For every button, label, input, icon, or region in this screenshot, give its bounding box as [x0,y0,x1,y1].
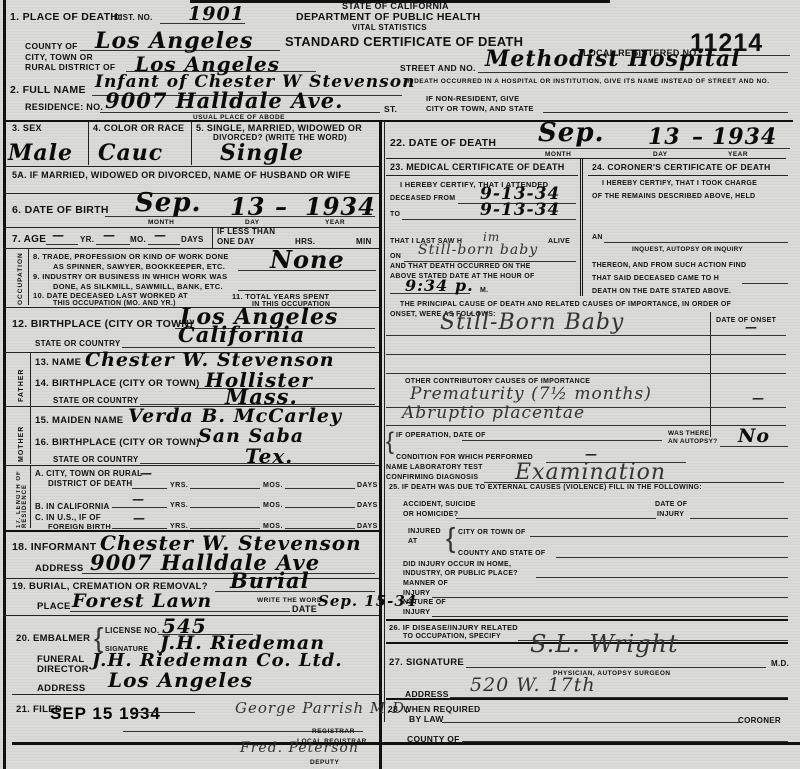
left-border [3,0,6,769]
filed-date-stamp: SEP 15 1934 [50,704,161,724]
residence-a-mos-label: MOS. [263,482,283,489]
death-date-divider [386,158,786,159]
coroner-required-label-1: 28. WHEN REQUIRED [388,704,480,714]
injury-city-line [530,536,788,537]
death-date-year: 1934 [712,124,777,150]
lab-test-label-1: NAME LABORATORY TEST [386,464,483,471]
age-days-label: DAYS [181,235,204,244]
marital-value: Single [220,140,304,166]
city-label-2: RURAL DISTRICT OF [25,62,115,72]
father-side-label: FATHER [18,356,25,402]
hour-m-label: M. [480,287,488,294]
residence-b-yrs-label: YRS. [170,502,188,509]
funeral-director-label-2: DIRECTOR [37,664,89,675]
manner-label-2: INJURY [403,590,430,597]
dist-no-label: DIST. NO. [114,13,153,22]
residence-a-value: — [140,466,153,480]
dob-label: 6. DATE OF BIRTH [12,204,109,216]
trade-value: None [270,245,345,274]
residence-a-label-2: DISTRICT OF DEATH [48,479,133,488]
deputy-signature: Fred. Peterson [240,740,359,756]
coroner-county-line [462,741,788,742]
coroner-certify-2: OF THE REMAINS DESCRIBED ABOVE, HELD [592,193,755,200]
to-label: TO [390,211,400,218]
inquest-caption: INQUEST, AUTOPSY OR INQUIRY [632,246,743,253]
race-divider [191,122,192,165]
row-divider-5a [3,166,379,167]
lab-test-value: Examination [515,460,666,485]
external-causes-label: 25. IF DEATH WAS DUE TO EXTERNAL CAUSES … [389,484,702,491]
onset-value: — [745,320,758,334]
lab-test-label-2: CONFIRMING DIAGNOSIS [386,474,478,481]
injury-where-label-1: DID INJURY OCCUR IN HOME, [403,561,511,568]
age-yr-line [46,244,78,245]
state-heading: STATE OF CALIFORNIA [342,1,449,11]
trade-label-1: 8. TRADE, PROFESSION OR KIND OF WORK DON… [33,252,229,261]
sex-divider [88,122,89,165]
injury-where-line [536,577,788,578]
street-line [478,72,788,73]
medical-title-underline [386,175,578,176]
operation-label: IF OPERATION, DATE OF [396,432,486,439]
county-value: Los Angeles [95,28,253,54]
spouse-label: 5A. IF MARRIED, WIDOWED OR DIVORCED, NAM… [12,170,351,180]
coroner-an-label: AN [592,234,603,241]
industry-label-1: 9. INDUSTRY OR BUSINESS IN WHICH WORK WA… [33,272,227,281]
residence-c-yrs-label: YRS. [170,523,188,530]
death-month-caption: MONTH [545,151,571,158]
row-divider-residence-length [3,465,379,466]
accident-label-1: ACCIDENT, SUICIDE [403,501,476,508]
residence-length-side-divider [30,465,31,528]
contributory-cause-1: Prematurity (7½ months) [410,384,652,404]
injured-brace-icon: { [446,522,455,554]
coroner-county-label: COUNTY OF [407,734,460,744]
embalmer-address: Los Angeles [108,668,253,692]
nature-label-2: INJURY [403,609,430,616]
license-label: LICENSE NO. [105,626,159,635]
injury-city-label: CITY OR TOWN OF [458,529,526,536]
injured-label-2: AT [408,538,417,545]
nonresident-label-1: IF NON-RESIDENT, GIVE [426,94,519,103]
last-worked-label-2: THIS OCCUPATION (MO. AND YR.) [53,300,176,307]
age-yr-label: YR. [80,235,94,244]
industry-line [238,290,376,291]
header-divider [3,120,793,122]
marital-label-1: 5. SINGLE, MARRIED, WIDOWED OR [196,123,362,133]
father-birthplace-label: 14. BIRTHPLACE (CITY OR TOWN) [35,378,200,389]
residence-c-value: — [133,511,146,525]
occupation-side-label: OCCUPATION [17,252,24,306]
contributory-cause-2: Abruptio placentae [402,403,585,423]
less-than-label-1: IF LESS THAN [217,227,275,236]
less-than-label-2: ONE DAY [217,237,255,246]
condition-label: CONDITION FOR WHICH PERFORMED [396,454,533,461]
race-label: 4. COLOR OR RACE [93,123,184,133]
to-value: 9-13-34 [480,200,560,220]
dob-month-caption: MONTH [148,219,174,226]
mother-side-label: MOTHER [18,412,25,462]
injured-label-1: INJURED [408,528,441,535]
age-mo-value: — [103,228,116,242]
coroner-title-underline [588,175,788,176]
min-label: MIN [356,237,372,246]
residence-a-yrs-label: YRS. [170,482,188,489]
residence-b-days-line [285,507,355,508]
medical-coroner-divider [580,158,586,296]
coroner-required-label-2: BY LAW [409,714,444,724]
burial-place: Forest Lawn [72,590,212,612]
death-year-caption: YEAR [728,151,748,158]
residence-a-label-1: A. CITY, TOWN OR RURAL [35,469,142,478]
full-name-label: 2. FULL NAME [10,84,86,96]
autopsy-label-1: WAS THERE [668,430,709,437]
dob-day: 13 [230,192,265,221]
date-injury-label-2: INJURY [657,511,684,518]
filed-line [130,712,195,713]
residence-b-days-label: DAYS [357,502,378,509]
injury-county-line [556,557,788,558]
autopsy-label-2: AN AUTOPSY? [668,438,718,445]
injury-where-label-2: INDUSTRY, OR PUBLIC PLACE? [403,570,518,577]
dob-year-caption: YEAR [325,219,345,226]
coroner-an-line [604,242,788,243]
trade-label-2: AS SPINNER, SAWYER, BOOKKEEPER, ETC. [53,262,225,271]
residence-b-yrs-line [112,507,167,508]
mother-state-label: STATE OR COUNTRY [53,455,139,464]
death-date-separator: – [692,124,704,150]
mother-name-label: 15. MAIDEN NAME [35,415,123,426]
burial-value: Burial [230,568,310,593]
occurred-label-1: AND THAT DEATH OCCURRED ON THE [390,263,531,270]
death-date-month: Sep. [538,118,605,148]
on-label: ON [390,253,401,260]
birthplace-state-label: STATE OR COUNTRY [35,339,121,348]
coroner-pronoun-line [742,283,788,284]
coroner-thereon-2: THAT SAID DECEASED CAME TO H [592,275,719,282]
residence-length-side-label: 17. LENGTH OF RESIDENCE [16,468,28,528]
death-day-caption: DAY [653,151,668,158]
birthplace-label: 12. BIRTHPLACE (CITY OR TOWN) [12,318,193,330]
principal-cause-value: Still-Born Baby [440,310,624,335]
cause-line-1 [386,335,786,336]
nature-label-1: NATURE OF [403,599,446,606]
residence-a-mos-line [190,488,260,489]
registrar-label: REGISTRAR [312,728,355,735]
contributory-line-2 [386,425,786,426]
dob-day-caption: DAY [245,219,260,226]
sex-label: 3. SEX [12,123,42,133]
sex-value: Male [8,140,73,166]
residence-a-days-line [285,488,355,489]
on-line [404,261,576,262]
years-spent-label-1: 11. TOTAL YEARS SPENT [232,292,329,301]
autopsy-value: No [738,425,770,447]
mother-side-divider [30,406,31,464]
age-mo-line [96,244,130,245]
accident-line [456,518,656,519]
residence-a-yrs-line [132,488,167,489]
city-label-1: CITY, TOWN OR [25,52,93,62]
signature-line [466,667,766,668]
residence-st-label: ST. [384,104,397,114]
race-value: Cauc [98,140,163,166]
residence-b-mos-label: MOS. [263,502,283,509]
coroner-required-line [442,722,742,723]
accident-label-2: OR HOMICIDE? [403,511,458,518]
informant-label: 18. INFORMANT [12,541,96,553]
occupational-label-1: 26. IF DISEASE/INJURY RELATED [389,623,518,632]
center-divider [379,122,382,769]
informant-address-label: ADDRESS [35,563,84,574]
row-divider-occupational [386,619,788,621]
operation-brace-icon: { [386,428,394,456]
bottom-border [12,742,800,745]
md-label: M.D. [771,659,789,668]
dob-year: 1934 [305,192,376,221]
age-label: 7. AGE [12,234,46,245]
death-certificate: 1. PLACE OF DEATH: DIST. NO. 1901 STATE … [0,0,800,769]
row-divider-coroner-required [386,698,788,700]
mother-birthplace-label: 16. BIRTHPLACE (CITY OR TOWN) [35,437,200,448]
coroner-certify-1: I HEREBY CERTIFY, THAT I TOOK CHARGE [602,180,757,187]
physician-signature: S.L. Wright [530,630,679,658]
principal-cause-label-1: THE PRINCIPAL CAUSE OF DEATH AND RELATED… [400,301,731,308]
nonresident-label-2: CITY OR TOWN, AND STATE [426,104,534,113]
residence-c-label-1: C. IN U.S., IF OF [35,513,101,522]
age-divider [212,228,213,248]
nature-line [432,616,788,617]
manner-label-1: MANNER OF [403,580,448,587]
place-of-death-label: 1. PLACE OF DEATH: [10,11,122,23]
coroner-thereon-1: THEREON, AND FROM SUCH ACTION FIND [592,262,746,269]
street-value: Methodist Hospital [485,46,741,72]
occupational-label-2: TO OCCUPATION, SPECIFY [403,633,501,640]
dist-no-value: 1901 [188,3,245,25]
deputy-label: DEPUTY [310,759,339,766]
birthplace-state: California [178,322,305,347]
dob-separator: – [275,192,288,221]
residence-c-days-line [285,528,355,529]
condition-value: — [585,447,598,461]
cause-line-3 [386,373,786,374]
medical-title: 23. MEDICAL CERTIFICATE OF DEATH [390,162,565,172]
residence-c-days-label: DAYS [357,523,378,530]
last-worked-label-1: 10. DATE DECEASED LAST WORKED AT [33,291,188,300]
father-side-divider [30,352,31,406]
county-label: COUNTY OF [25,41,78,51]
embalmer-label: 20. EMBALMER [16,633,90,644]
department-heading: DEPARTMENT OF PUBLIC HEALTH [296,11,480,23]
onset-divider [710,312,711,437]
coroner-required-caption: CORONER [738,716,781,725]
from-label: DECEASED FROM [390,195,455,202]
injury-county-label: COUNTY AND STATE OF [458,550,546,557]
row-divider-filed [12,694,379,695]
mother-name: Verda B. McCarley [128,405,342,427]
date-injury-line [690,518,788,519]
coroner-thereon-3: DEATH ON THE DATE STATED ABOVE. [592,288,731,295]
bureau-heading: VITAL STATISTICS [352,23,427,32]
occupation-side-divider [28,248,29,305]
on-value: Still-born baby [418,242,538,258]
alive-label: ALIVE [548,238,570,245]
operation-line [462,440,662,441]
residence-c-mos-label: MOS. [263,523,283,530]
center-divider-inner [384,122,385,722]
burial-date-label: DATE [292,604,317,614]
coroner-title: 24. CORONER'S CERTIFICATE OF DEATH [592,162,771,172]
age-yr-value: — [52,228,65,242]
father-state-label: STATE OR COUNTRY [53,396,139,405]
age-days-line [148,244,180,245]
age-mo-label: MO. [130,235,146,244]
residence-c-yrs-line [112,528,167,529]
nonresident-line [543,112,788,113]
residence-value: 9007 Halldale Ave. [105,88,343,113]
contributory-onset: — [752,391,765,405]
age-days-value: — [154,228,167,242]
death-date-day: 13 [648,124,681,150]
residence-b-mos-line [190,507,260,508]
birthplace-state-line [122,347,375,348]
industry-label-2: DONE, AS SILKMILL, SAWMILL, BANK, ETC. [53,282,223,291]
burial-place-label: PLACE [37,601,71,612]
residence-b-value: — [132,492,145,506]
residence-c-mos-line [190,528,260,529]
signature-label: 27. SIGNATURE [389,657,464,668]
cause-line-2 [386,354,786,355]
residence-label: RESIDENCE: NO. [25,102,103,112]
dob-month: Sep. [135,188,202,218]
residence-b-label: B. IN CALIFORNIA [35,502,110,511]
embalmer-address-label: ADDRESS [37,683,86,694]
hospital-note: IF DEATH OCCURRED IN A HOSPITAL OR INSTI… [405,78,770,85]
registrar-signature: George Parrish M.D. [235,699,410,717]
physician-address: 520 W. 17th [470,674,596,696]
date-injury-label-1: DATE OF [655,501,687,508]
hour-value: 9:34 p. [405,276,474,295]
father-name-label: 13. NAME [35,357,81,368]
write-word-caption: WRITE THE WORD [257,597,322,604]
residence-a-days-label: DAYS [357,482,378,489]
row-divider-burial [3,578,379,579]
manner-line [432,597,788,598]
